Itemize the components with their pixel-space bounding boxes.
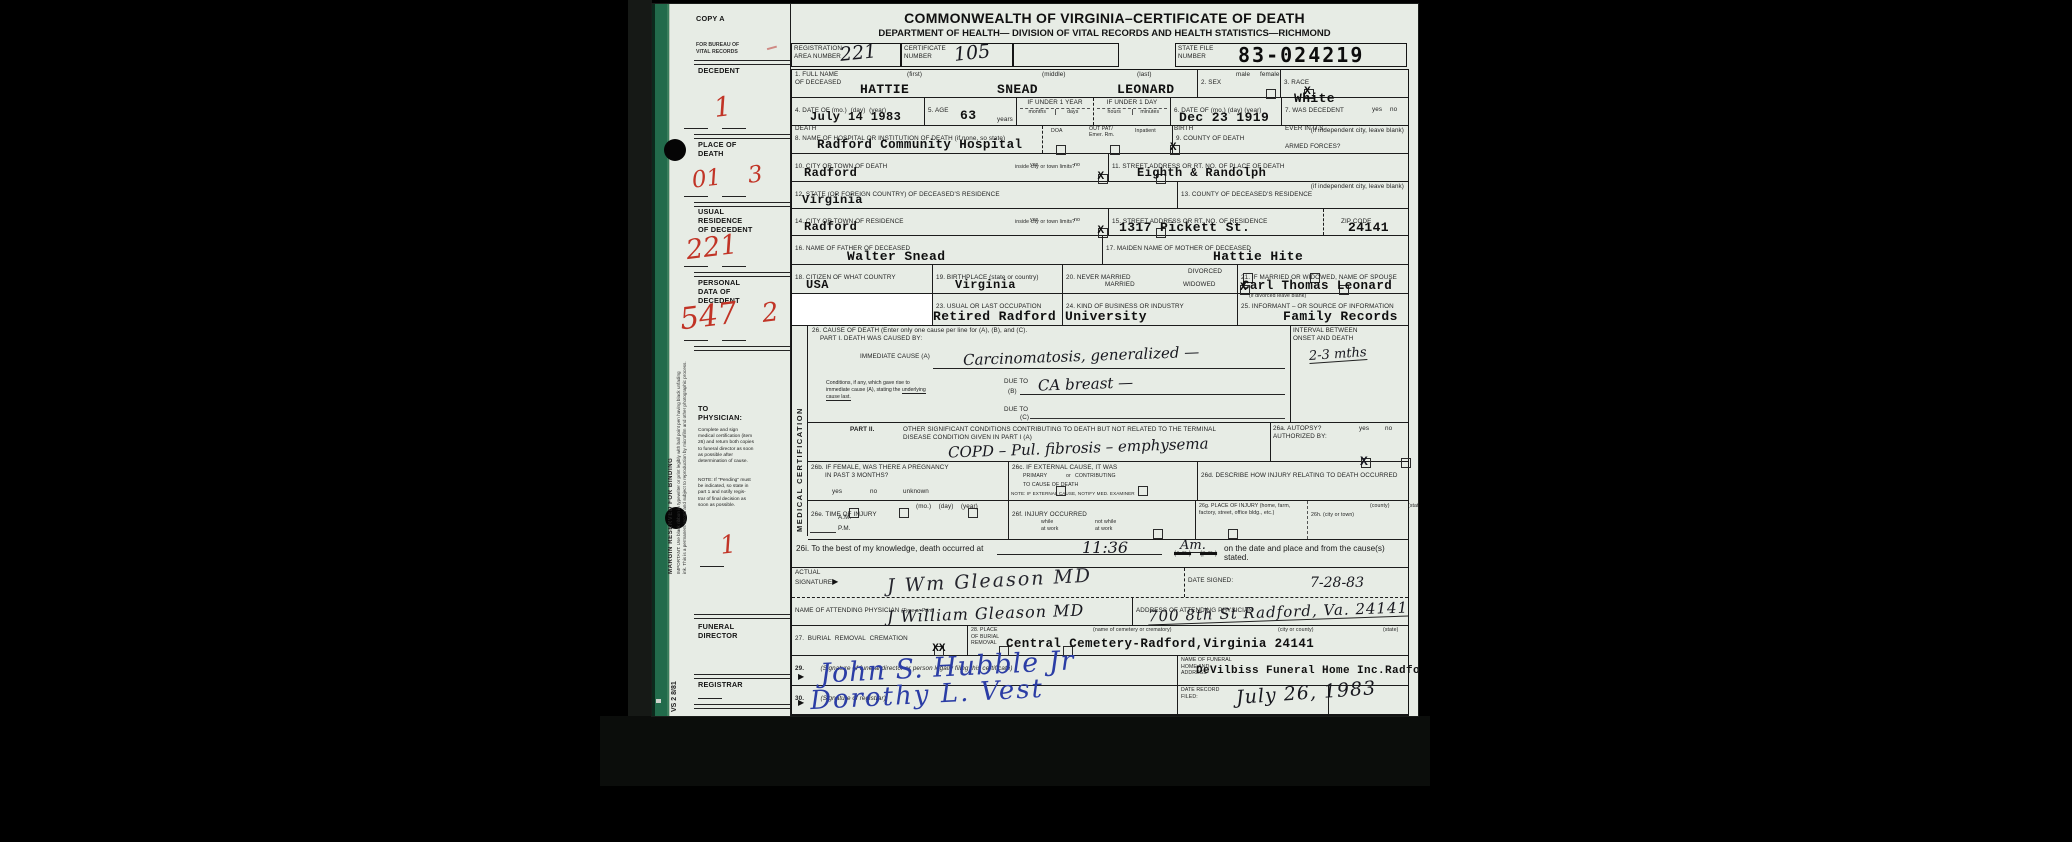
row-26bcd: 26b. IF FEMALE, WAS THERE A PREGNANCYIN … <box>808 462 1408 501</box>
empty-number-box <box>1013 43 1119 67</box>
last-sublabel: (last) <box>1137 71 1152 79</box>
section-label-personal-2: DATA OF <box>698 287 730 296</box>
first-name-value: HATTIE <box>860 83 909 96</box>
certificate-title: COMMONWEALTH OF VIRGINIA–CERTIFICATE OF … <box>791 10 1418 26</box>
field-city-residence: 14. CITY OR TOWN OF RESIDENCE Radford <box>792 209 1012 235</box>
never-married-label: 20. NEVER MARRIED <box>1066 274 1131 281</box>
county-of-death-label: 9. COUNTY OF DEATH <box>1176 135 1244 142</box>
section-label-registrar: REGISTRAR <box>698 680 743 689</box>
date-signed-value: 7-28-83 <box>1310 576 1364 590</box>
field-hospital: 8. NAME OF HOSPITAL OR INSTITUTION OF DE… <box>792 126 1042 153</box>
field-actual-signature: ACTUALSIGNATURE▶ J Wm Gleason MD <box>792 568 1184 597</box>
field-date-of-death: 4. DATE OF (mo.) (day) (year)DEATH July … <box>792 98 924 125</box>
to-physician-label-2: PHYSICIAN: <box>698 413 742 422</box>
field-city-limits-death: inside city or town limits? yes no X <box>1012 154 1108 181</box>
death-time-value: 11:36 <box>1082 540 1128 556</box>
county-residence-label: 13. COUNTY OF DECEASED'S RESIDENCE <box>1181 191 1312 198</box>
certificate-subtitle: DEPARTMENT OF HEALTH— DIVISION OF VITAL … <box>791 28 1418 39</box>
field-injury-occurred: 26f. INJURY OCCURRED whileat work not wh… <box>1008 501 1195 539</box>
checkbox-while-at-work <box>1153 529 1163 539</box>
form-grid: 1. FULL NAMEOF DECEASED (first) (middle)… <box>791 69 1409 716</box>
state-file-label-1: STATE FILE <box>1178 45 1213 53</box>
autopsy-authorized-label: AUTHORIZED BY: <box>1273 433 1406 441</box>
widowed-label: WIDOWED <box>1183 281 1216 289</box>
time-of-injury-sub: (mo.) (day) (year) <box>916 503 978 511</box>
father-value: Walter Snead <box>847 250 945 263</box>
field-birthplace: 19. BIRTHPLACE (state or country) Virgin… <box>932 265 1062 293</box>
funeral-home-label-1: NAME OF FUNERAL <box>1181 657 1232 663</box>
occupation-value: Retired Radford <box>933 310 1056 323</box>
burial-state-sublabel: (state) <box>1383 627 1398 634</box>
race-label: 3. RACE <box>1284 79 1309 86</box>
doa-label: DOA <box>1051 128 1063 135</box>
armed-forces-label-1: 7. WAS DECEDENT <box>1285 107 1344 114</box>
margin-red-number-4a: 547 <box>678 299 738 336</box>
interval-box: INTERVAL BETWEEN ONSET AND DEATH 2-3 mth… <box>1290 326 1408 422</box>
medical-certification-vertical-text: MEDICAL CERTIFICATION <box>795 332 804 532</box>
pregnancy-label-2: IN PAST 3 MONTHS? <box>825 472 888 479</box>
age-label: 5. AGE <box>928 107 949 114</box>
checkbox-autopsy-yes: X <box>1361 458 1371 468</box>
cause-of-death-part2: PART II. OTHER SIGNIFICANT CONDITIONS CO… <box>808 423 1408 462</box>
sex-label: 2. SEX <box>1201 79 1221 86</box>
field-time-of-injury: 26e. TIME OF INJURY (mo.) (day) (year) A… <box>808 501 1008 539</box>
pm-label: P.M. <box>838 525 851 533</box>
section-label-funeral-1: FUNERAL <box>698 622 734 631</box>
death-occurred-at-text: 26i. To the best of my knowledge, death … <box>796 544 983 567</box>
external-cause-note: NOTE: IF EXTERNAL CAUSE, NOTIFY MED. EXA… <box>1011 491 1135 497</box>
citizen-value: USA <box>806 279 829 291</box>
armed-forces-yes-label: yes <box>1372 106 1382 114</box>
margin-red-number-2a: 01 <box>691 166 723 192</box>
field-burial-type: 27. BURIAL REMOVAL CREMATION XX <box>792 626 967 655</box>
field-place-of-injury: 26g. PLACE OF INJURY (home, farm,factory… <box>1195 501 1307 539</box>
b-label: (B) <box>1008 388 1017 396</box>
c-label: (C) <box>1020 414 1029 422</box>
field-date-signed: DATE SIGNED: 7-28-83 <box>1184 568 1408 597</box>
actual-label: ACTUAL <box>795 569 820 576</box>
not-while-label-2: at work <box>1095 526 1112 532</box>
street-of-death-value: Eighth & Randolph <box>1137 167 1266 179</box>
contributing-label: CONTRIBUTING <box>1075 473 1116 480</box>
field-physician-name: NAME OF ATTENDING PHYSICIAN (Type or Pri… <box>792 598 1132 625</box>
married-label: MARRIED <box>1105 281 1135 289</box>
medical-certification-strip: MEDICAL CERTIFICATION <box>792 326 808 536</box>
place-burial-label-2: OF BURIAL <box>971 634 999 640</box>
injury-county-label: (county) <box>1370 503 1390 510</box>
field-street-residence: 15. STREET ADDRESS OR RT. NO. OF RESIDEN… <box>1108 209 1323 235</box>
state-file-label-2: NUMBER <box>1178 53 1213 61</box>
pregnancy-yes-label: yes <box>832 488 842 496</box>
field-county-of-death: 9. COUNTY OF DEATH (if independent city,… <box>1172 126 1408 153</box>
field-zip: ZIP CODE 24141 <box>1323 209 1408 235</box>
part2-text-1: OTHER SIGNIFICANT CONDITIONS CONTRIBUTIN… <box>903 426 1216 433</box>
margin-reserved-vertical-text: MARGIN RESERVED FOR BINDING <box>668 254 674 574</box>
under-1-day-label: IF UNDER 1 DAY <box>1097 99 1167 107</box>
cause-of-death-part1: 26. CAUSE OF DEATH (Enter only one cause… <box>808 326 1408 423</box>
due-to-b-value: CA breast — <box>1038 375 1134 393</box>
part2-text-2: DISEASE CONDITION GIVEN IN PART I (A) <box>903 434 1032 441</box>
form-main: COMMONWEALTH OF VIRGINIA–CERTIFICATE OF … <box>791 4 1418 716</box>
middle-name-value: SNEAD <box>997 83 1038 96</box>
row-26i: 26i. To the best of my knowledge, death … <box>792 540 1408 568</box>
middle-sublabel: (middle) <box>1042 71 1066 79</box>
zip-value: 24141 <box>1348 221 1389 234</box>
field-date-of-birth: 6. DATE OF (mo.) (day) (year)BIRTH Dec 2… <box>1170 98 1281 125</box>
section-label-funeral-2: DIRECTOR <box>698 631 738 640</box>
death-certificate-scan: MARGIN RESERVED FOR BINDING IMPORTANT: U… <box>652 4 1418 716</box>
bureau-label-1: FOR BUREAU OF <box>696 42 739 49</box>
date-filed-label-1: DATE RECORD <box>1181 687 1219 693</box>
autopsy-no-label: no <box>1385 425 1392 433</box>
copy-label: COPY A <box>696 14 725 23</box>
age-value: 63 <box>960 109 976 122</box>
hospital-value: Radford Community Hospital <box>817 139 1022 152</box>
margin-red-number-5: 1 <box>719 531 738 558</box>
age-years-label: years <box>997 116 1013 124</box>
last-name-value: LEONARD <box>1117 83 1174 96</box>
place-burial-label-1: 28. PLACE <box>971 627 998 633</box>
minutes-label: minutes <box>1133 109 1168 116</box>
date-of-death-value: July 14 1983 <box>810 111 901 123</box>
date-of-birth-value: Dec 23 1919 <box>1179 111 1269 124</box>
physician-name-label: NAME OF ATTENDING PHYSICIAN <box>795 607 899 614</box>
state-file-number-box: STATE FILE NUMBER 83-024219 <box>1175 43 1407 67</box>
death-occurred-post-text: on the date and place and from the cause… <box>1224 544 1408 562</box>
limits-yes-label: yes <box>1030 162 1038 169</box>
place-of-injury-label-2: factory, street, office bldg., etc.) <box>1199 510 1275 516</box>
autopsy-yes-mark: X <box>1360 455 1368 468</box>
conditions-note-text: Conditions, if any, which gave rise to i… <box>826 380 910 393</box>
field-citizen: 18. CITIZEN OF WHAT COUNTRY USA <box>792 265 932 293</box>
sex-female-label: female <box>1260 71 1280 79</box>
checkbox-contributing <box>1138 486 1148 496</box>
redacted-ssn-box <box>792 294 932 325</box>
physician-instruction-note: Complete and sign medical certification … <box>698 428 754 465</box>
cremation-label: CREMATION <box>870 635 908 642</box>
full-name-label: 1. FULL NAME <box>795 71 838 78</box>
important-note-line2: ink. This is a permanent record and subj… <box>682 104 688 574</box>
bureau-label-2: VITAL RECORDS <box>696 49 738 56</box>
field-spouse: 21. IF MARRIED OR WIDOWED, NAME OF SPOUS… <box>1237 265 1408 293</box>
red-pencil-mark <box>765 39 777 50</box>
margin-red-number-4b: 2 <box>760 299 780 327</box>
outpatient-label-2: Emer. Rm. <box>1089 132 1114 139</box>
field-if-under-1-day: IF UNDER 1 DAY hours minutes <box>1093 98 1170 125</box>
scan-shadow-band <box>628 0 652 726</box>
paper-speck <box>656 699 661 703</box>
left-margin-column: MARGIN RESERVED FOR BINDING IMPORTANT: U… <box>670 4 791 716</box>
funeral-signature-arrow-icon: ▶ <box>798 672 804 681</box>
field-if-under-1-year: IF UNDER 1 YEAR months days <box>1016 98 1093 125</box>
funeral-home-value: DeVilbiss Funeral Home Inc.Radford,Virgi <box>1196 666 1418 677</box>
not-while-label-1: not while <box>1095 519 1116 525</box>
injury-city-label: 26h. (city or town) <box>1311 512 1354 518</box>
hours-label: hours <box>1097 109 1133 116</box>
injury-state-label: (state) <box>1408 503 1418 510</box>
mother-value: Hattie Hite <box>1213 250 1303 263</box>
registration-row: REGISTRATION AREA NUMBER 221 CERTIFICATE… <box>791 43 1407 69</box>
state-file-number-value: 83-024219 <box>1238 45 1364 65</box>
county-residence-note: (if independent city, leave blank) <box>1311 183 1404 191</box>
field-county-residence: 13. COUNTY OF DECEASED'S RESIDENCE (if i… <box>1177 182 1408 208</box>
pm-printed-struck: (p.m.) <box>1200 550 1217 558</box>
removal-label: REMOVAL <box>835 635 866 642</box>
section-label-residence-2: RESIDENCE <box>698 216 742 225</box>
primary-label: PRIMARY <box>1023 473 1047 480</box>
burial-label: BURIAL <box>808 635 831 642</box>
field-father: 16. NAME OF FATHER OF DECEASED Walter Sn… <box>792 236 1102 264</box>
pregnancy-unknown-label: unknown <box>903 488 929 496</box>
row-26efgh: 26e. TIME OF INJURY (mo.) (day) (year) A… <box>808 501 1408 540</box>
part2-label: PART II. <box>850 426 874 434</box>
state-residence-value: Virginia <box>802 194 863 206</box>
section-label-decedent: DECEDENT <box>698 66 740 75</box>
form-code-vertical: VS 2 8/81 <box>671 640 678 712</box>
residence-limits-yes-label: yes <box>1030 217 1038 224</box>
field-street-of-death: 11. STREET ADDRESS OR RT. NO. OF PLACE O… <box>1108 154 1408 181</box>
pregnancy-label-1: 26b. IF FEMALE, WAS THERE A PREGNANCY <box>811 464 949 471</box>
checkbox-autopsy-no <box>1401 458 1411 468</box>
burial-num: 27. <box>795 635 804 642</box>
street-residence-value: 1317 Pickett St. <box>1119 221 1250 234</box>
first-sublabel: (first) <box>907 71 922 79</box>
days-label: days <box>1056 109 1091 116</box>
full-name-label-2: OF DECEASED <box>795 79 841 86</box>
to-physician-label-1: TO <box>698 404 708 413</box>
field-armed-forces: 7. WAS DECEDENTEVER IN U.S.ARMED FORCES?… <box>1281 98 1408 125</box>
pregnancy-no-label: no <box>870 488 877 496</box>
autopsy-box: 26a. AUTOPSY? AUTHORIZED BY: yes no X <box>1270 423 1408 461</box>
inpatient-label: Inpatient <box>1135 128 1156 135</box>
field-race: 3. RACE White <box>1280 70 1408 97</box>
margin-red-number-2b: 3 <box>747 163 764 188</box>
conditions-note: Conditions, if any, which gave rise to i… <box>826 380 934 400</box>
field-sex: 2. SEX male female X <box>1197 70 1280 97</box>
row-burial: 27. BURIAL REMOVAL CREMATION XX 28. PLAC… <box>792 626 1408 656</box>
immediate-cause-label: IMMEDIATE CAUSE (A) <box>860 353 930 361</box>
interval-label-1: INTERVAL BETWEEN <box>1293 327 1406 335</box>
field-full-name: 1. FULL NAMEOF DECEASED (first) (middle)… <box>792 70 1197 97</box>
section-label-place-2: DEATH <box>698 149 724 158</box>
or-label: or <box>1066 473 1071 480</box>
pending-note: NOTE: If "Pending" must be indicated, so… <box>698 478 754 509</box>
funeral-sig-num: 29. <box>795 665 804 672</box>
cemetery-sublabel: (name of cemetery or crematory) <box>1093 627 1172 634</box>
field-external-cause: 26c. IF EXTERNAL CAUSE, IT WAS PRIMARY o… <box>1008 462 1197 500</box>
signature-label: SIGNATURE <box>795 579 832 586</box>
while-label-2: at work <box>1041 526 1058 532</box>
section-label-place-1: PLACE OF <box>698 140 737 149</box>
limits-no-label: no <box>1074 162 1080 169</box>
field-mother: 17. MAIDEN NAME OF MOTHER OF DECEASED Ha… <box>1102 236 1408 264</box>
city-of-death-value: Radford <box>804 167 857 179</box>
city-limits-label: inside city or town limits? <box>1015 164 1075 170</box>
date-signed-label: DATE SIGNED: <box>1188 577 1233 584</box>
scanner-bed-band <box>600 716 1430 786</box>
field-hospital-type: DOA OUT PAT/ Emer. Rm. Inpatient X <box>1042 126 1172 153</box>
field-physician-address: ADDRESS OF ATTENDING PHYSICIAN 700 8th S… <box>1132 598 1408 625</box>
registrar-signature-arrow-icon: ▶ <box>798 698 804 707</box>
signature-arrow-icon: ▶ <box>832 577 838 586</box>
field-registrar-signature: 30. (Signature of registrar) ▶ Dorothy L… <box>792 686 1177 714</box>
field-occupation: 23. USUAL OR LAST OCCUPATION Retired Rad… <box>932 294 1062 325</box>
industry-value: University <box>1065 310 1147 323</box>
describe-injury-label: 26d. DESCRIBE HOW INJURY RELATING TO DEA… <box>1201 472 1398 479</box>
row-signature: ACTUALSIGNATURE▶ J Wm Gleason MD DATE SI… <box>792 568 1408 598</box>
field-injury-location: 26h. (city or town) (county) (state) <box>1307 501 1408 539</box>
informant-value: Family Records <box>1283 310 1398 323</box>
place-of-injury-label-1: 26g. PLACE OF INJURY (home, farm, <box>1199 503 1290 509</box>
due-to-c-label: DUE TO <box>1004 406 1028 414</box>
months-label: months <box>1020 109 1056 116</box>
date-filed-label-2: FILED: <box>1181 694 1198 700</box>
county-of-death-note: (if independent city, leave blank) <box>1311 127 1404 135</box>
field-pregnancy: 26b. IF FEMALE, WAS THERE A PREGNANCYIN … <box>808 462 1008 500</box>
interval-label-2: ONSET AND DEATH <box>1293 335 1406 343</box>
field-describe-injury: 26d. DESCRIBE HOW INJURY RELATING TO DEA… <box>1197 462 1408 500</box>
burial-city-sublabel: (city or county) <box>1278 627 1314 634</box>
field-age: 5. AGE 63 years <box>924 98 1016 125</box>
injury-occurred-label: 26f. INJURY OCCURRED <box>1012 511 1087 518</box>
margin-red-number-1: 1 <box>712 93 732 122</box>
field-informant: 25. INFORMANT – OR SOURCE OF INFORMATION… <box>1237 294 1408 325</box>
registration-area-number-box: REGISTRATION AREA NUMBER 221 <box>791 43 901 67</box>
certificate-number-box: CERTIFICATE NUMBER 105 <box>901 43 1013 67</box>
row-attending-physician: NAME OF ATTENDING PHYSICIAN (Type or Pri… <box>792 598 1408 626</box>
place-burial-label-3: REMOVAL <box>971 640 997 646</box>
section-label-residence-1: USUAL <box>698 207 724 216</box>
field-state-residence: 12. STATE (OR FOREIGN COUNTRY) OF DECEAS… <box>792 182 1177 208</box>
physician-name-value: J William Gleason MD <box>887 603 1085 626</box>
birthplace-value: Virginia <box>955 279 1016 291</box>
section-label-personal-1: PERSONAL <box>698 278 740 287</box>
divorced-label: DIVORCED <box>1188 268 1222 276</box>
to-cause-of-death-label: TO CAUSE OF DEATH <box>1023 482 1078 489</box>
physician-address-value: 700 8th St Radford, Va. 24141 <box>1148 600 1409 625</box>
field-industry: 24. KIND OF BUSINESS OR INDUSTRY Univers… <box>1062 294 1237 325</box>
residence-limits-label: inside city or town limits? <box>1015 219 1075 225</box>
city-residence-value: Radford <box>804 221 857 233</box>
sex-male-label: male <box>1236 71 1250 79</box>
field-date-filed: DATE RECORDFILED: July 26, 1983 <box>1177 686 1408 714</box>
armed-forces-no-label: no <box>1390 106 1397 114</box>
immediate-cause-value: Carcinomatosis, generalized — <box>963 345 1200 368</box>
certificate-number-value: 105 <box>953 43 991 66</box>
margin-red-number-3: 221 <box>685 231 739 264</box>
residence-limits-no-label: no <box>1074 217 1080 224</box>
field-city-limits-residence: inside city or town limits? yes no X <box>1012 209 1108 235</box>
autopsy-yes-label: yes <box>1359 425 1369 433</box>
spouse-value: Carl Thomas Leonard <box>1242 280 1392 293</box>
registration-area-number-value: 221 <box>839 43 877 66</box>
under-1-year-label: IF UNDER 1 YEAR <box>1020 99 1090 107</box>
interval-value: 2-3 mths <box>1309 346 1368 364</box>
am-label: A.M. <box>838 514 851 522</box>
field-marital-status: 20. NEVER MARRIED DIVORCED MARRIED X WID… <box>1062 265 1237 293</box>
row-registrar: 30. (Signature of registrar) ▶ Dorothy L… <box>792 686 1408 714</box>
while-label-1: while <box>1041 519 1053 525</box>
medical-certification-section: MEDICAL CERTIFICATION 26. CAUSE OF DEATH… <box>792 326 1408 540</box>
am-printed-struck: (a.m.) <box>1174 550 1191 558</box>
checkbox-not-while-at-work <box>1228 529 1238 539</box>
field-city-of-death: 10. CITY OR TOWN OF DEATH Radford <box>792 154 1012 181</box>
external-cause-label: 26c. IF EXTERNAL CAUSE, IT WAS <box>1012 464 1194 472</box>
